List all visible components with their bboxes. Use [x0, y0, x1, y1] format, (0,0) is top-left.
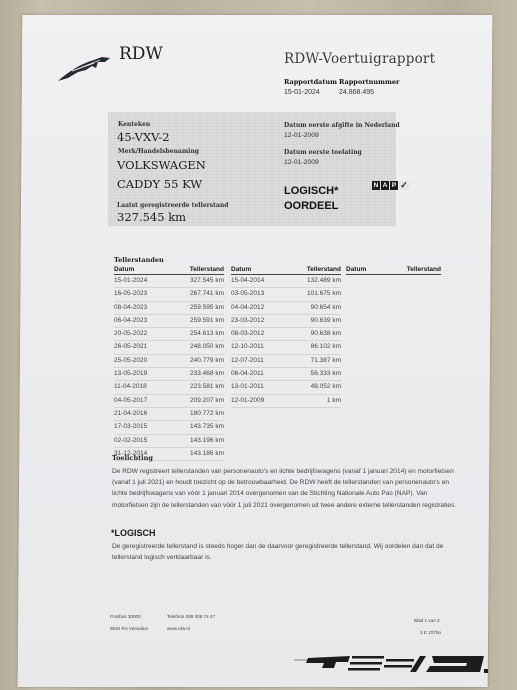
row-tellerstand: 132.489 km: [307, 275, 341, 287]
table-row: 16-05-2023267.741 km: [114, 288, 224, 301]
table-row: 12-07-201171.387 km: [231, 355, 341, 368]
laatste-tellerstand-value: 327.545 km: [117, 210, 186, 224]
row-tellerstand: 1 km: [327, 395, 341, 407]
row-datum: 11-04-2018: [114, 381, 147, 393]
row-datum: 12-07-2011: [231, 355, 264, 367]
row-datum: 23-03-2012: [231, 315, 264, 327]
row-tellerstand: 143.735 km: [190, 421, 224, 433]
table-row: 13-01-201148.052 km: [231, 381, 341, 394]
row-tellerstand: 180.772 km: [190, 408, 224, 420]
rapportnummer-block: Rapportnummer 24.868.495: [339, 78, 399, 96]
tellerstanden-title: Tellerstanden: [114, 256, 164, 264]
row-tellerstand: 254.613 km: [190, 328, 224, 340]
row-tellerstand: 71.387 km: [311, 355, 341, 367]
row-datum: 21-04-2016: [114, 408, 147, 420]
col-datum: Datum: [346, 266, 366, 273]
table-row: 17-03-2015143.735 km: [114, 421, 224, 434]
row-tellerstand: 327.545 km: [190, 275, 224, 287]
tellerstanden-table-col1: Datum Tellerstand 15-01-2024327.545 km16…: [114, 266, 224, 461]
footer-telefoon: Telefoon 088 008 74 47: [167, 614, 215, 619]
row-tellerstand: 143.186 km: [190, 448, 224, 460]
row-datum: 04-04-2012: [231, 302, 264, 314]
row-tellerstand: 143.196 km: [190, 435, 224, 447]
row-tellerstand: 90.639 km: [311, 315, 341, 327]
laatste-tellerstand-label: Laatst geregistreerde tellerstand: [117, 202, 228, 209]
handelsbenaming-value: CADDY 55 KW: [117, 177, 202, 191]
col-tellerstand: Tellerstand: [307, 266, 341, 273]
row-tellerstand: 248.050 km: [190, 341, 224, 353]
nap-badge: N A P ✓: [372, 181, 409, 190]
table-row: 02-02-2015143.196 km: [114, 435, 224, 448]
table-row: 13-05-2019233.468 km: [114, 368, 224, 381]
row-datum: 12-10-2011: [231, 341, 264, 353]
table-row: 20-05-2022254.613 km: [114, 328, 224, 341]
report-title: RDW-Voertuigrapport: [284, 51, 435, 67]
table-row: 11-04-2018223.581 km: [114, 381, 224, 394]
row-datum: 04-05-2017: [114, 395, 147, 407]
row-tellerstand: 267.741 km: [190, 288, 224, 300]
row-datum: 15-01-2024: [114, 275, 147, 287]
row-datum: 12-01-2009: [231, 395, 264, 407]
toelichting-text: De RDW registreert tellerstanden van per…: [112, 466, 457, 511]
row-tellerstand: 223.581 km: [190, 381, 224, 393]
logisch-text: De geregistreerde tellerstand is steeds …: [112, 541, 457, 563]
table-row: 04-05-2017209.207 km: [114, 395, 224, 408]
verdict-line1: LOGISCH*: [284, 184, 338, 199]
row-tellerstand: 90.654 km: [311, 302, 341, 314]
afgifte-label: Datum eerste afgifte in Nederland: [284, 122, 400, 129]
table-row: 26-05-2021248.050 km: [114, 341, 224, 354]
row-tellerstand: 259.591 km: [190, 315, 224, 327]
row-datum: 17-03-2015: [114, 421, 147, 433]
table-row: 21-04-2016180.772 km: [114, 408, 224, 421]
table-row: 06-04-2023259.591 km: [114, 315, 224, 328]
checkmark-icon: ✓: [399, 181, 409, 190]
nap-letter-a: A: [381, 181, 389, 190]
brand-name: RDW: [119, 44, 163, 64]
row-datum: 08-03-2012: [231, 328, 264, 340]
table-row: 15-01-2024327.545 km: [114, 275, 224, 288]
table-header: Datum Tellerstand: [231, 266, 341, 275]
row-datum: 13-01-2011: [231, 381, 264, 393]
table-row: 03-05-2013101.675 km: [231, 288, 341, 301]
row-tellerstand: 48.052 km: [311, 381, 341, 393]
verdict-line2: OORDEEL: [284, 199, 338, 214]
row-datum: 26-05-2021: [114, 341, 147, 353]
footer-postbus: Postbus 30000: [110, 614, 141, 619]
table-header: Datum Tellerstand: [346, 266, 441, 275]
rdw-eagle-logo-icon: [58, 54, 112, 82]
row-datum: 06-04-2023: [114, 315, 147, 327]
table-row: 06-04-201156.333 km: [231, 368, 341, 381]
row-tellerstand: 209.207 km: [190, 395, 224, 407]
col-datum: Datum: [231, 266, 251, 273]
row-datum: 15-04-2014: [231, 275, 264, 287]
footer-page: Blad 1 van 3: [414, 618, 440, 623]
row-tellerstand: 86.102 km: [311, 341, 341, 353]
tellerstanden-table-col2: Datum Tellerstand 15-04-2014132.489 km03…: [231, 266, 341, 408]
rapportnummer-label: Rapportnummer: [339, 78, 399, 86]
row-datum: 03-05-2013: [231, 288, 264, 300]
row-datum: 25-05-2020: [114, 355, 147, 367]
row-tellerstand: 240.779 km: [190, 355, 224, 367]
table-header: Datum Tellerstand: [114, 266, 224, 275]
row-datum: 08-04-2023: [114, 302, 147, 314]
table-row: 08-03-201290.638 km: [231, 328, 341, 341]
row-datum: 16-05-2023: [114, 288, 147, 300]
rapportnummer-value: 24.868.495: [339, 89, 399, 96]
row-tellerstand: 233.468 km: [190, 368, 224, 380]
footer-website[interactable]: www.rdw.nl: [167, 626, 190, 631]
row-datum: 13-05-2019: [114, 368, 147, 380]
verdict: LOGISCH* OORDEEL: [284, 184, 338, 214]
table-row: 23-03-201290.639 km: [231, 315, 341, 328]
rdw-stripes-logo-icon: [290, 654, 490, 678]
col-tellerstand: Tellerstand: [190, 266, 224, 273]
row-tellerstand: 101.675 km: [307, 288, 341, 300]
table-row: 15-04-2014132.489 km: [231, 275, 341, 288]
toelating-label: Datum eerste toelating: [284, 149, 362, 156]
merk-value: VOLKSWAGEN: [117, 158, 206, 172]
col-tellerstand: Tellerstand: [407, 266, 441, 273]
logisch-title: *LOGISCH: [111, 528, 156, 538]
table-row: 12-01-20091 km: [231, 395, 341, 408]
rapportdatum-value: 15-01-2024: [284, 89, 337, 96]
toelating-value: 12-01-2009: [284, 159, 319, 166]
footer-plaats: 9640 RA Veendam: [110, 626, 148, 631]
row-datum: 02-02-2015: [114, 435, 147, 447]
table-row: 04-04-201290.654 km: [231, 302, 341, 315]
col-datum: Datum: [114, 266, 134, 273]
row-tellerstand: 56.333 km: [311, 368, 341, 380]
row-tellerstand: 259.595 km: [190, 302, 224, 314]
rapportdatum-label: Rapportdatum: [284, 78, 337, 86]
afgifte-value: 12-01-2009: [284, 132, 319, 139]
row-datum: 06-04-2011: [231, 368, 264, 380]
row-datum: 20-05-2022: [114, 328, 147, 340]
table-row: 12-10-201186.102 km: [231, 341, 341, 354]
table-row: 25-05-2020240.779 km: [114, 355, 224, 368]
rapportdatum-block: Rapportdatum 15-01-2024: [284, 78, 337, 96]
toelichting-title: Toelichting: [112, 454, 153, 462]
kenteken-value: 45-VXV-2: [117, 130, 170, 144]
table-row: 08-04-2023259.595 km: [114, 302, 224, 315]
nap-letter-p: P: [390, 181, 398, 190]
kenteken-label: Kenteken: [118, 121, 150, 128]
tellerstanden-table-col3: Datum Tellerstand: [346, 266, 441, 275]
nap-letter-n: N: [372, 181, 380, 190]
footer-code: 3 E 1075a: [420, 630, 441, 635]
row-tellerstand: 90.638 km: [311, 328, 341, 340]
merk-label: Merk/Handelsbenaming: [118, 148, 199, 155]
